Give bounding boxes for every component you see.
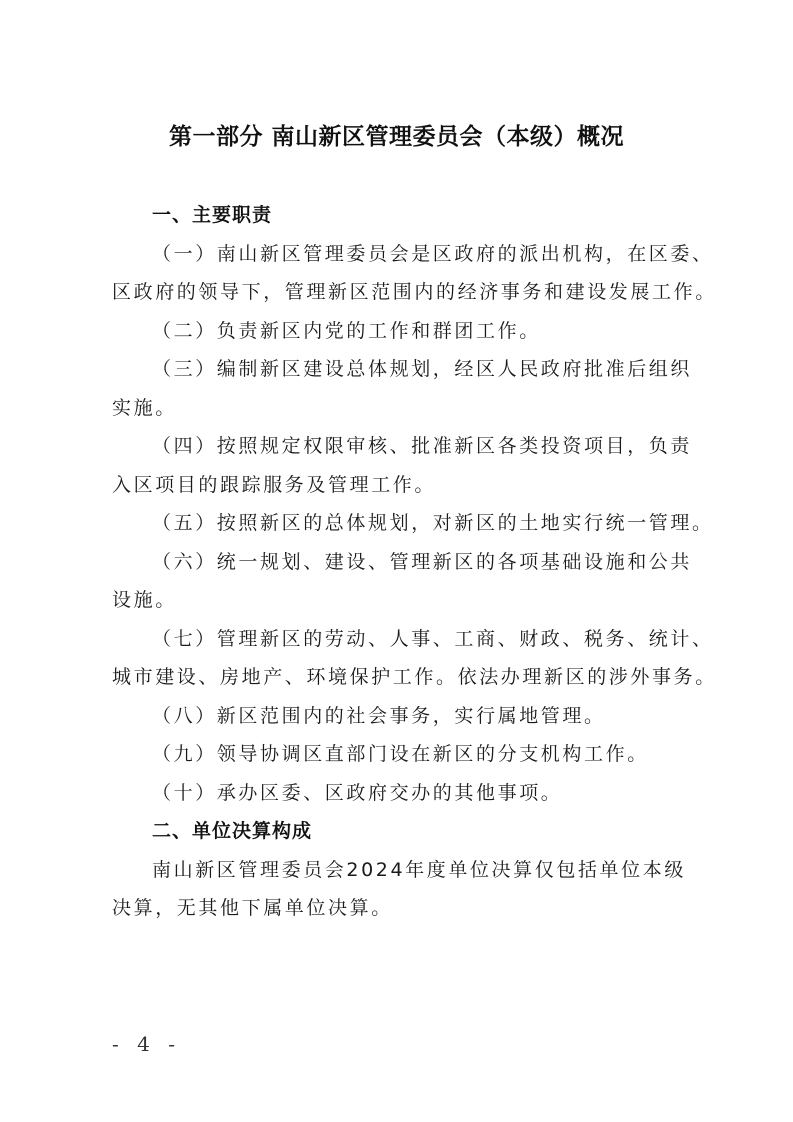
paragraph-line: （七）管理新区的劳动、人事、工商、财政、税务、统计、 bbox=[112, 620, 682, 659]
paragraph-line: （二）负责新区内党的工作和群团工作。 bbox=[112, 312, 682, 351]
paragraph-line: 实施。 bbox=[112, 389, 682, 428]
document-body: 一、主要职责 （一）南山新区管理委员会是区政府的派出机构，在区委、 区政府的领导… bbox=[112, 196, 682, 928]
paragraph-line: （三）编制新区建设总体规划，经区人民政府批准后组织 bbox=[112, 350, 682, 389]
paragraph-line: （九）领导协调区直部门设在新区的分支机构工作。 bbox=[112, 735, 682, 774]
paragraph-line: 决算，无其他下属单位决算。 bbox=[112, 889, 682, 928]
paragraph-line: （五）按照新区的总体规划，对新区的土地实行统一管理。 bbox=[112, 504, 682, 543]
page-title: 第一部分 南山新区管理委员会（本级）概况 bbox=[0, 118, 793, 151]
paragraph-line: （八）新区范围内的社会事务，实行属地管理。 bbox=[112, 697, 682, 736]
paragraph-line: （四）按照规定权限审核、批准新区各类投资项目，负责 bbox=[112, 427, 682, 466]
section-heading-composition: 二、单位决算构成 bbox=[112, 812, 682, 851]
paragraph-line: （一）南山新区管理委员会是区政府的派出机构，在区委、 bbox=[112, 235, 682, 274]
paragraph-line: 城市建设、房地产、环境保护工作。依法办理新区的涉外事务。 bbox=[112, 658, 682, 697]
section-heading-duties: 一、主要职责 bbox=[112, 196, 682, 235]
paragraph-line: （十）承办区委、区政府交办的其他事项。 bbox=[112, 774, 682, 813]
paragraph-line: 南山新区管理委员会2024年度单位决算仅包括单位本级 bbox=[112, 851, 682, 890]
page-number: - 4 - bbox=[112, 1032, 181, 1056]
paragraph-line: 区政府的领导下，管理新区范围内的经济事务和建设发展工作。 bbox=[112, 273, 682, 312]
paragraph-line: 入区项目的跟踪服务及管理工作。 bbox=[112, 466, 682, 505]
paragraph-line: （六）统一规划、建设、管理新区的各项基础设施和公共 bbox=[112, 543, 682, 582]
paragraph-line: 设施。 bbox=[112, 581, 682, 620]
